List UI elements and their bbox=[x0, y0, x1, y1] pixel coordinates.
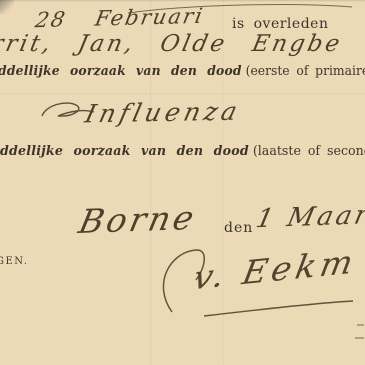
handwritten-signing-date: 1 Maart bbox=[253, 200, 365, 234]
edge-fragment-marks bbox=[355, 325, 364, 338]
primary-cause-label-italic: ddellijke oorzaak van den dood bbox=[0, 64, 242, 79]
printed-is-overleden: is overleden bbox=[232, 16, 328, 32]
handwritten-death-date: 28 Februari bbox=[33, 4, 206, 32]
photo-top-edge bbox=[0, 0, 365, 2]
handwritten-cause-influenza: Influenza bbox=[82, 97, 244, 129]
printed-secondary-cause-label: iddellijke oorzaak van den dood (laatste… bbox=[0, 144, 365, 159]
printed-den: den bbox=[224, 220, 253, 236]
secondary-cause-label-italic: iddellijke oorzaak van den dood bbox=[0, 144, 249, 159]
paper-background: 28 Februari is overleden rrit, Jan, Olde… bbox=[0, 0, 365, 365]
secondary-cause-label-roman: (laatste of secondaire ziekte bbox=[253, 144, 365, 159]
printed-footer-fragment-gen: GEN. bbox=[0, 256, 29, 267]
handwritten-place-borne: Borne bbox=[75, 198, 200, 241]
signature-underline bbox=[204, 301, 353, 316]
horizontal-fold-crease bbox=[0, 92, 365, 95]
handwritten-signature: v. Eekm bbox=[191, 242, 361, 297]
photo-corner-shadow bbox=[0, 0, 14, 14]
handwritten-deceased-name: rrit, Jan, Olde Engbe bbox=[0, 31, 345, 57]
document-photo: { "document": { "kind": "aged printed fo… bbox=[0, 0, 365, 365]
printed-primary-cause-label: ddellijke oorzaak van den dood (eerste o… bbox=[0, 64, 365, 79]
primary-cause-label-roman: (eerste of primaire ziekte). bbox=[246, 64, 365, 79]
